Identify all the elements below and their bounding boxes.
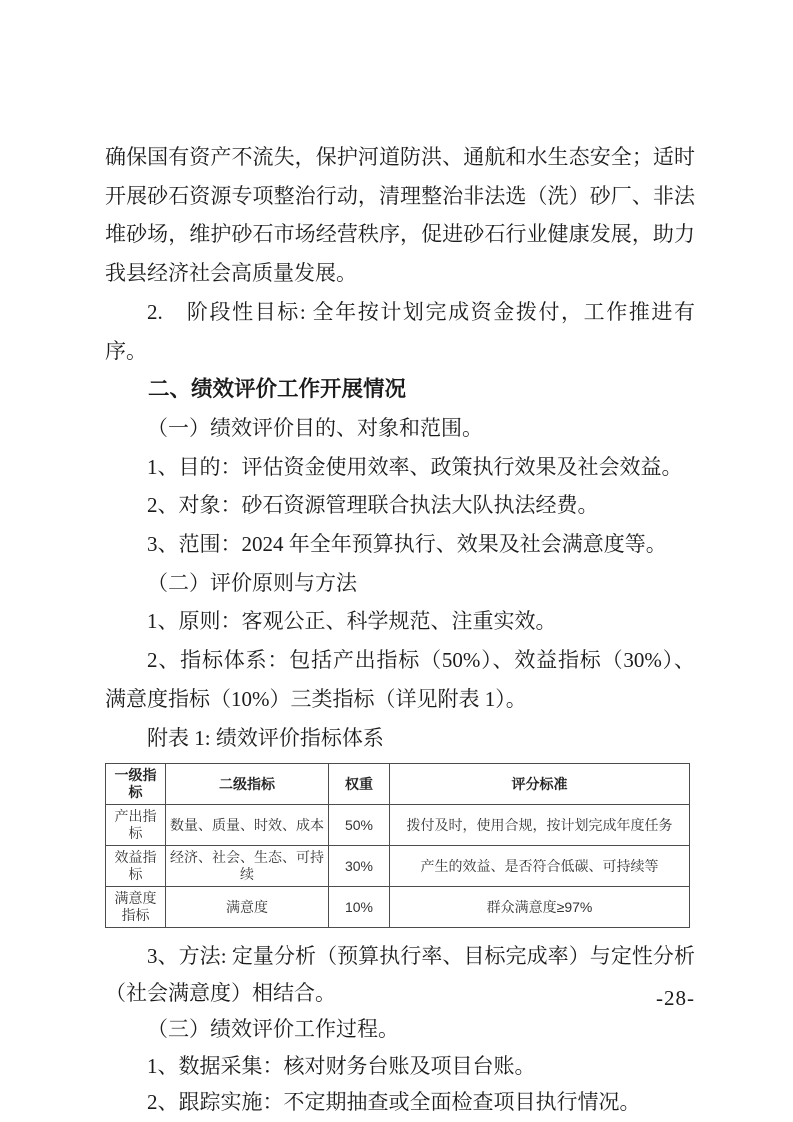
table-header-row: 一级指标 二级指标 权重 评分标准 bbox=[106, 764, 690, 805]
paragraph-stage-goal: 2. 阶段性目标: 全年按计划完成资金拨付，工作推进有序。 bbox=[105, 293, 695, 370]
table-header-level2: 二级指标 bbox=[166, 764, 329, 805]
table-cell: 产生的效益、是否符合低碳、可持续等 bbox=[390, 846, 690, 887]
subsection-heading-1: （一）绩效评价目的、对象和范围。 bbox=[105, 409, 695, 448]
table-cell: 满意度 bbox=[166, 887, 329, 928]
table-cell: 效益指标 bbox=[106, 846, 166, 887]
paragraph-method: 3、方法: 定量分析（预算执行率、目标完成率）与定性分析（社会满意度）相结合。 bbox=[105, 938, 695, 1011]
table-row: 满意度指标 满意度 10% 群众满意度≥97% bbox=[106, 887, 690, 928]
paragraph-object: 2、对象：砂石资源管理联合执法大队执法经费。 bbox=[105, 486, 695, 525]
paragraph-principle: 1、原则：客观公正、科学规范、注重实效。 bbox=[105, 602, 695, 641]
document-body: 确保国有资产不流失，保护河道防洪、通航和水生态安全；适时开展砂石资源专项整治行动… bbox=[105, 138, 695, 1121]
paragraph-tracking: 2、跟踪实施：不定期抽查或全面检查项目执行情况。 bbox=[105, 1084, 695, 1121]
table-cell: 满意度指标 bbox=[106, 887, 166, 928]
paragraph-continuation: 确保国有资产不流失，保护河道防洪、通航和水生态安全；适时开展砂石资源专项整治行动… bbox=[105, 138, 695, 293]
table-cell: 经济、社会、生态、可持续 bbox=[166, 846, 329, 887]
table-cell: 数量、质量、时效、成本 bbox=[166, 805, 329, 846]
table-row: 效益指标 经济、社会、生态、可持续 30% 产生的效益、是否符合低碳、可持续等 bbox=[106, 846, 690, 887]
table-header-level1: 一级指标 bbox=[106, 764, 166, 805]
table-cell: 拨付及时，使用合规，按计划完成年度任务 bbox=[390, 805, 690, 846]
table-cell: 50% bbox=[329, 805, 390, 846]
page-number: -28- bbox=[656, 986, 695, 1011]
table-cell: 群众满意度≥97% bbox=[390, 887, 690, 928]
table-header-criteria: 评分标准 bbox=[390, 764, 690, 805]
paragraph-scope: 3、范围：2024 年全年预算执行、效果及社会满意度等。 bbox=[105, 525, 695, 564]
paragraph-data-collection: 1、数据采集：核对财务台账及项目台账。 bbox=[105, 1048, 695, 1085]
table-cell: 10% bbox=[329, 887, 390, 928]
table-row: 产出指标 数量、质量、时效、成本 50% 拨付及时，使用合规，按计划完成年度任务 bbox=[106, 805, 690, 846]
document-page: 确保国有资产不流失，保护河道防洪、通航和水生态安全；适时开展砂石资源专项整治行动… bbox=[0, 0, 793, 1122]
table-caption: 附表 1: 绩效评价指标体系 bbox=[105, 719, 695, 758]
table-cell: 产出指标 bbox=[106, 805, 166, 846]
table-cell: 30% bbox=[329, 846, 390, 887]
table-header-weight: 权重 bbox=[329, 764, 390, 805]
indicator-table: 一级指标 二级指标 权重 评分标准 产出指标 数量、质量、时效、成本 50% 拨… bbox=[105, 763, 690, 928]
subsection-heading-3: （三）绩效评价工作过程。 bbox=[105, 1011, 695, 1048]
subsection-heading-2: （二）评价原则与方法 bbox=[105, 564, 695, 603]
paragraph-purpose: 1、目的：评估资金使用效率、政策执行效果及社会效益。 bbox=[105, 448, 695, 487]
paragraph-indicator-system: 2、指标体系：包括产出指标（50%）、效益指标（30%）、满意度指标（10%）三… bbox=[105, 641, 695, 718]
section-heading: 二、绩效评价工作开展情况 bbox=[105, 370, 695, 409]
